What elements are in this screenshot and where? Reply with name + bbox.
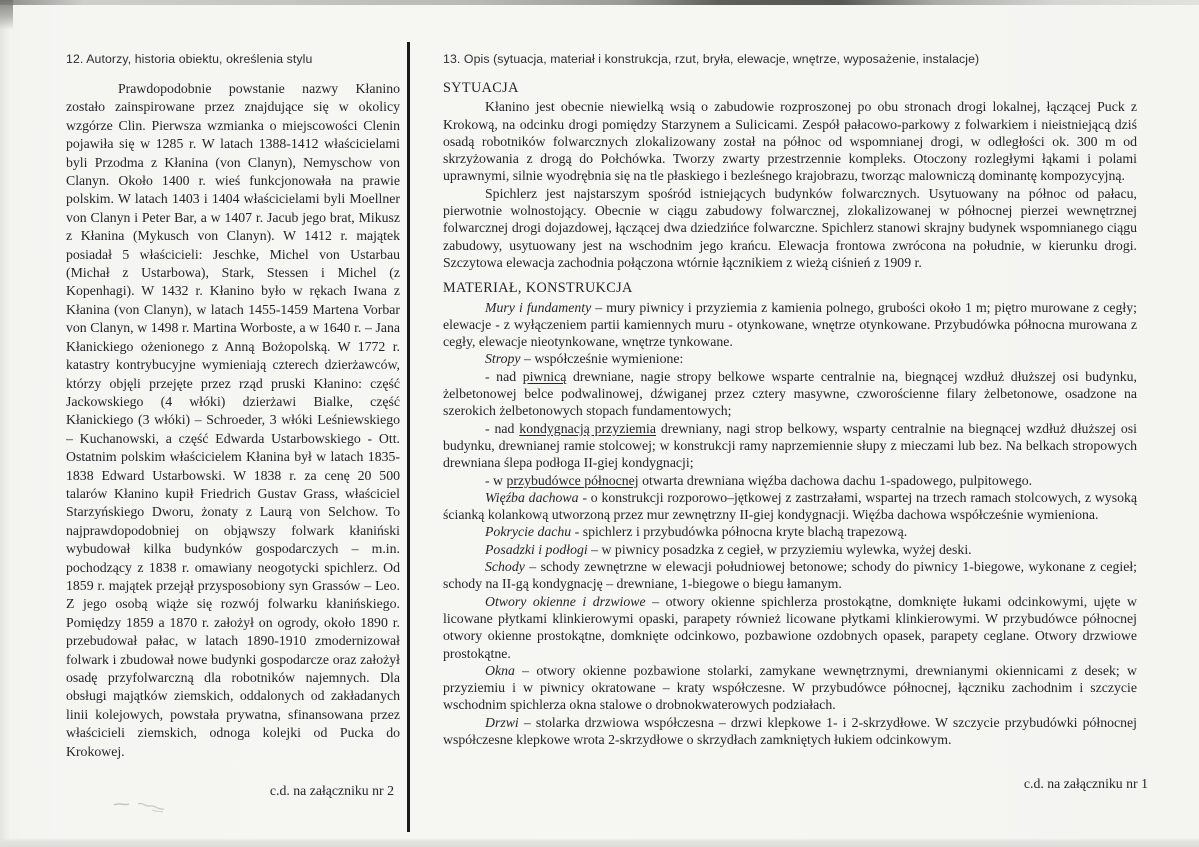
scanned-document-page: 12. Autorzy, historia obiektu, określeni… [0, 0, 1199, 847]
paragraph: Drzwi – stolarka drzwiowa współczesna – … [443, 714, 1137, 749]
paragraph: Więźba dachowa - o konstrukcji rozporowo… [443, 489, 1137, 524]
description-blocks: SYTUACJAKłanino jest obecnie niewielką w… [443, 80, 1137, 748]
section-12-authors-history: 12. Autorzy, historia obiektu, określeni… [66, 52, 400, 778]
paragraph: Mury i fundamenty – mury piwnicy i przyz… [443, 299, 1137, 351]
column-divider-rule [407, 42, 410, 832]
paragraph: - nad piwnicą drewniane, nagie stropy be… [443, 368, 1137, 420]
paragraph: - w przybudówce północnej otwarta drewni… [443, 472, 1137, 489]
paragraph: Okna – otwory okienne pozbawione stolark… [443, 662, 1137, 714]
scan-corner-smudge [0, 0, 13, 30]
section-12-label: 12. Autorzy, historia obiektu, określeni… [66, 52, 400, 66]
history-paragraph: Prawdopodobnie powstanie nazwy Kłanino z… [66, 80, 400, 761]
paragraph: - nad kondygnacją przyziemia drewniany, … [443, 420, 1137, 472]
paragraph: Otwory okienne i drzwiowe – otwory okien… [443, 593, 1137, 662]
pencil-mark [112, 798, 176, 816]
scan-edge-bottom [0, 838, 1199, 847]
continuation-note-right: c.d. na załączniku nr 1 [443, 776, 1148, 792]
section-heading: MATERIAŁ, KONSTRUKCJA [443, 280, 1137, 297]
paragraph: Schody – schody zewnętrzne w elewacji po… [443, 558, 1137, 593]
paragraph: Posadzki i podłogi – w piwnicy posadzka … [443, 541, 1137, 558]
continuation-note-left: c.d. na załączniku nr 2 [66, 783, 394, 799]
paragraph: Stropy – współcześnie wymienione: [443, 350, 1137, 367]
section-13-description: 13. Opis (sytuacja, materiał i konstrukc… [443, 52, 1137, 774]
paragraph: Pokrycie dachu - spichlerz i przybudówka… [443, 523, 1137, 540]
section-heading: SYTUACJA [443, 80, 1137, 97]
paragraph: Kłanino jest obecnie niewielką wsią o za… [443, 98, 1137, 184]
paragraph: Spichlerz jest najstarszym spośród istni… [443, 185, 1137, 271]
section-13-label: 13. Opis (sytuacja, materiał i konstrukc… [443, 52, 1137, 66]
scan-edge-top [0, 0, 1199, 5]
